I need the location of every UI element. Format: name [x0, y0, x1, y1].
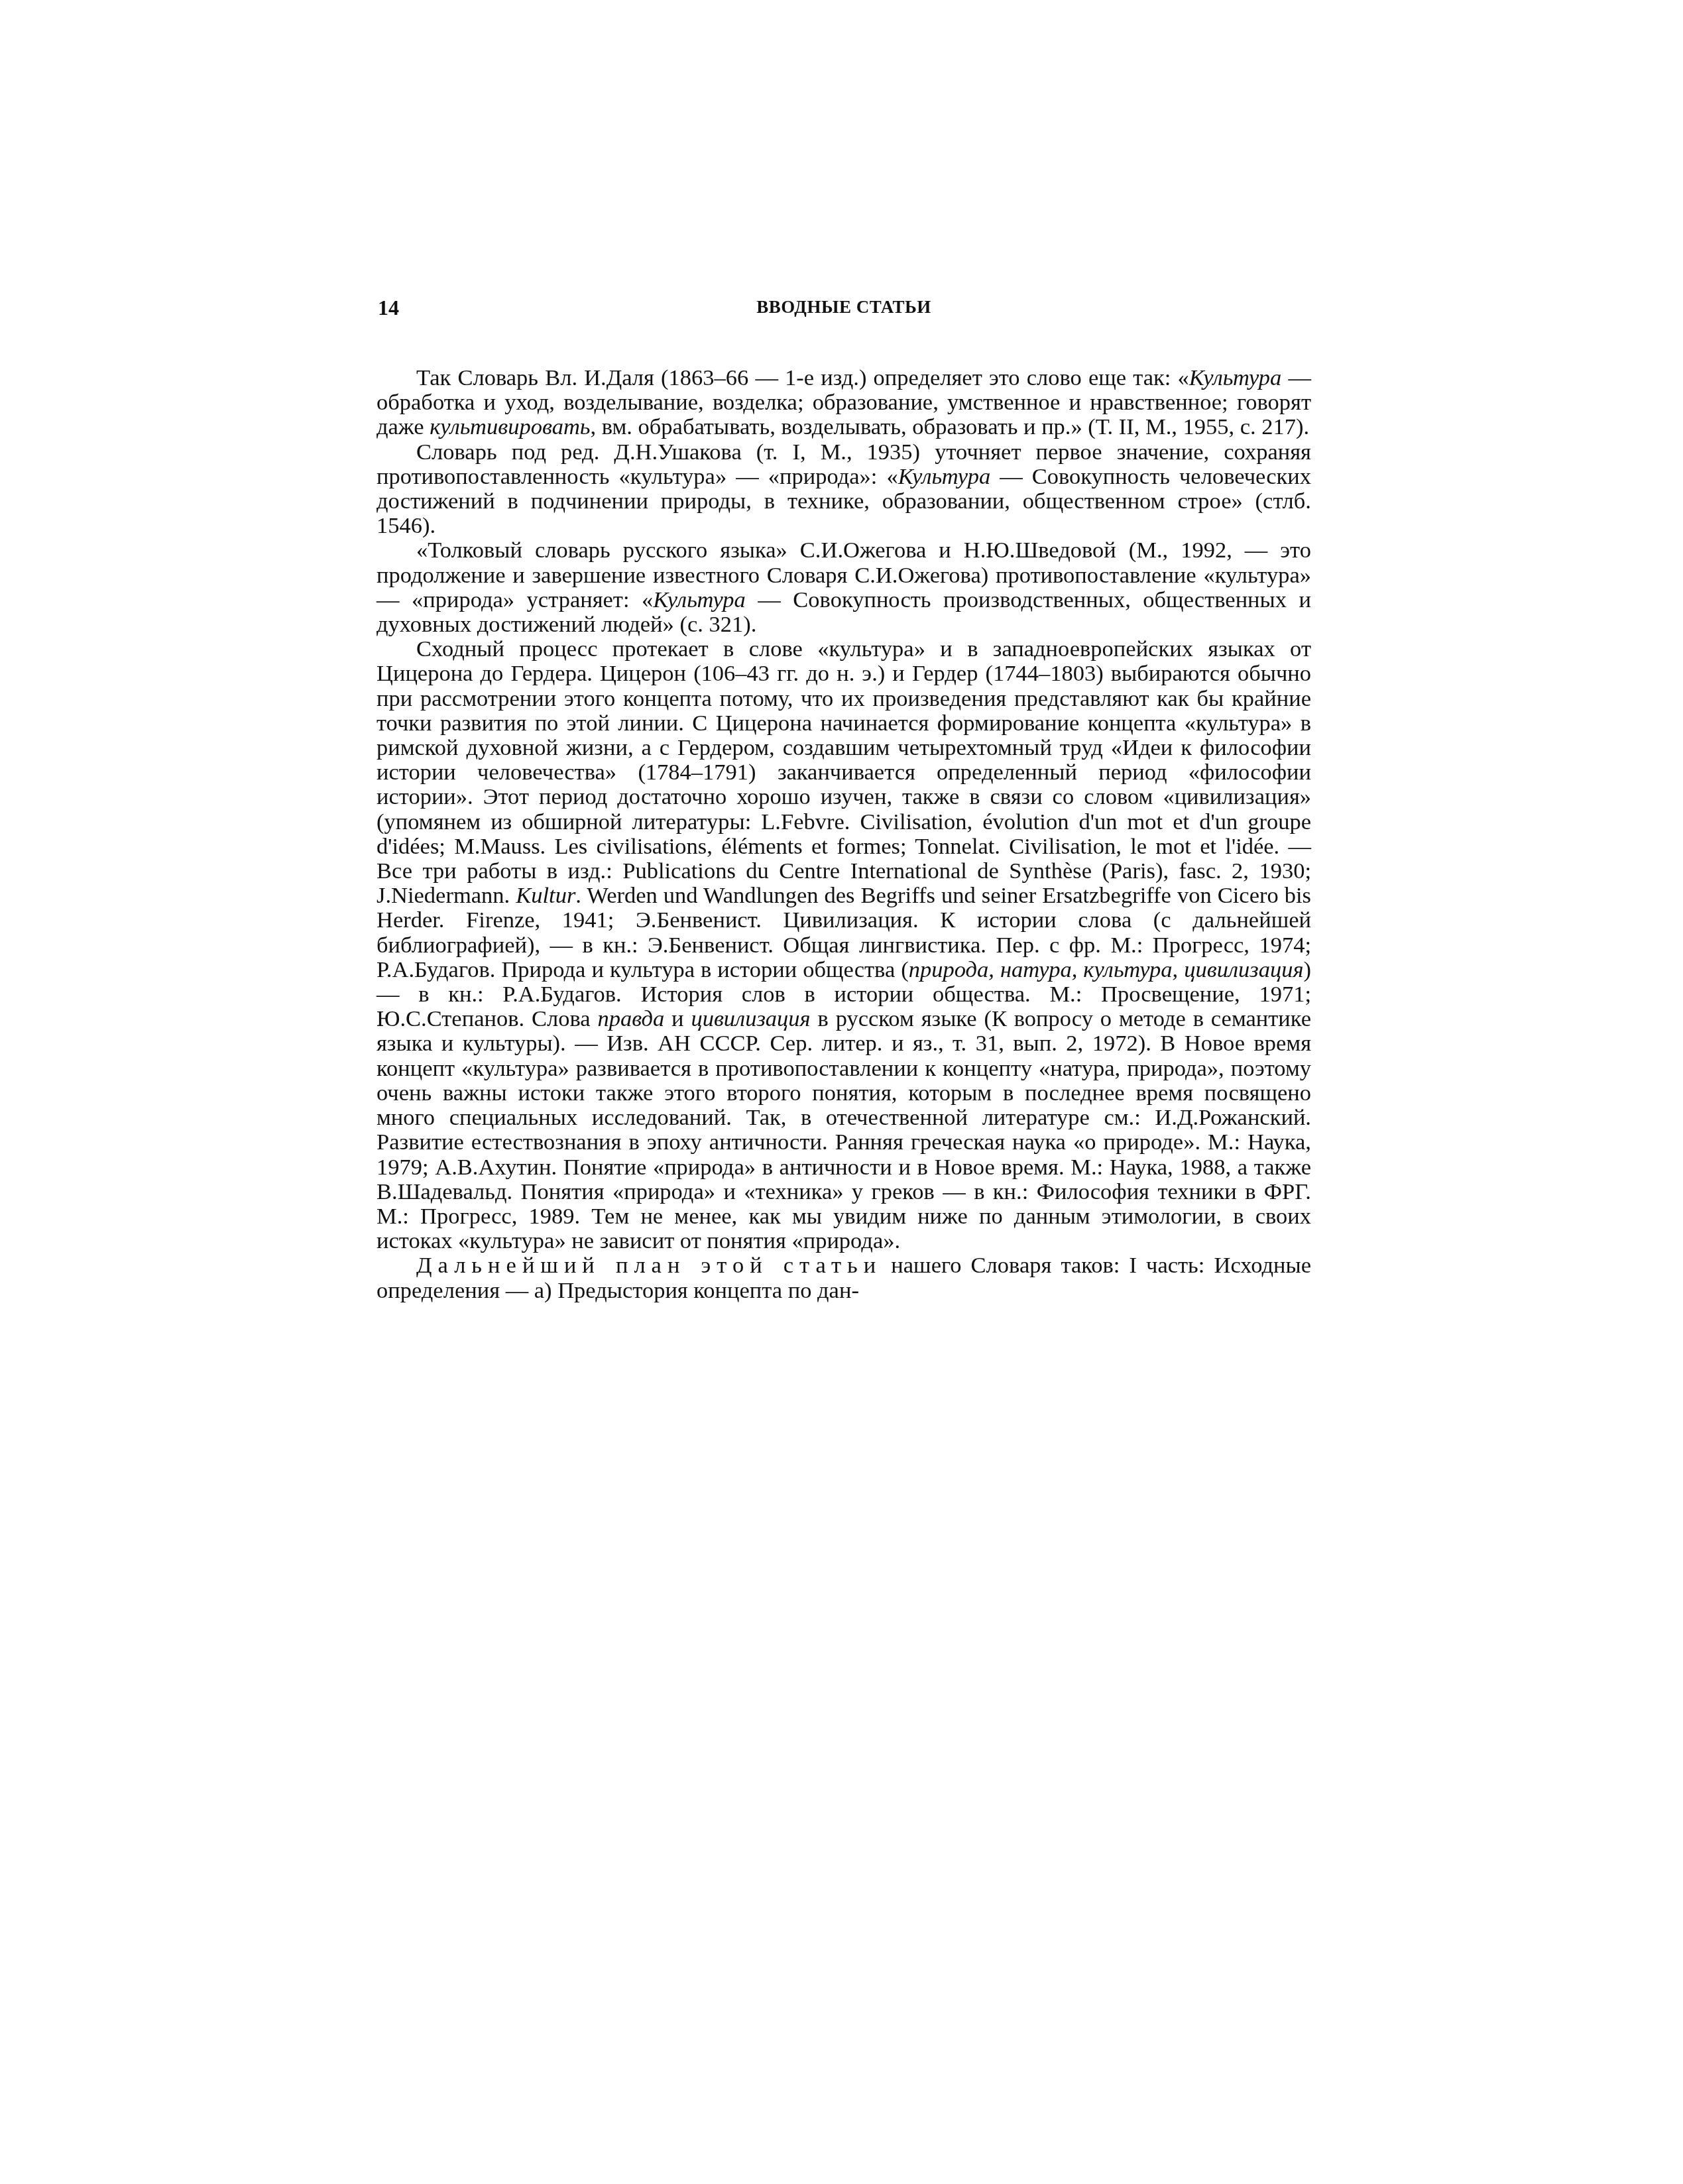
italic-term: правда [597, 1006, 664, 1031]
italic-term: Культура [898, 464, 991, 489]
italic-term: Культура [653, 587, 746, 612]
section-title: ВВОДНЫЕ СТАТЬИ [377, 297, 1311, 317]
paragraph-plan: Дальнейший план этой статьи нашего Слова… [377, 1253, 1311, 1302]
running-head: 14 ВВОДНЫЕ СТАТЬИ [377, 296, 1311, 322]
paragraph-ushakov: Словарь под ред. Д.Н.Ушакова (т. I, М., … [377, 440, 1311, 539]
spaced-emphasis: Дальнейший план этой статьи [416, 1253, 882, 1278]
document-page: 14 ВВОДНЫЕ СТАТЬИ Так Словарь Вл. И.Даля… [0, 0, 1683, 2184]
italic-term: природа, натура, культура, цивилизация [909, 957, 1304, 982]
italic-term: цивилизация [691, 1006, 810, 1031]
paragraph-ozhegov: «Толковый словарь русского языка» С.И.Ож… [377, 538, 1311, 637]
italic-term: Kultur [516, 883, 575, 908]
body-text: Так Словарь Вл. И.Даля (1863–66 — 1-е из… [377, 366, 1311, 1303]
italic-term: Культура [1189, 365, 1282, 390]
paragraph-dal: Так Словарь Вл. И.Даля (1863–66 — 1-е из… [377, 366, 1311, 440]
italic-term: культивировать [430, 414, 590, 439]
paragraph-western-languages: Сходный процесс протекает в слове «культ… [377, 637, 1311, 1253]
